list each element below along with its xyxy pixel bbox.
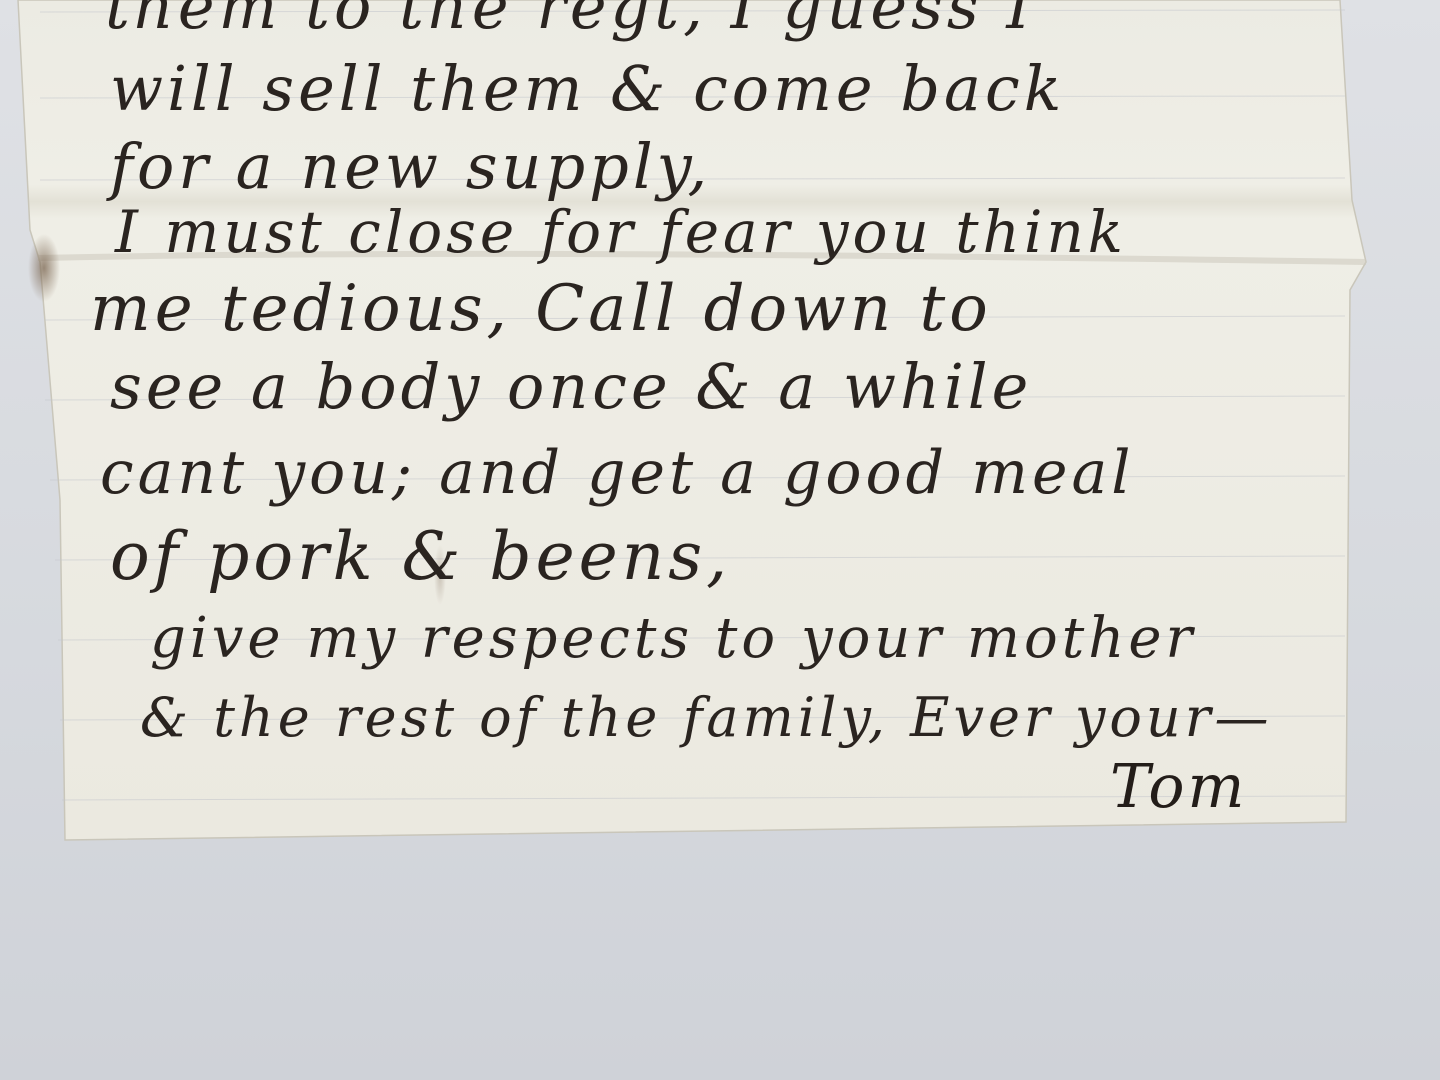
letter-line-2: will sell them & come back [110, 52, 1065, 125]
letter-page: them to the regt, I guess I will sell th… [0, 0, 1440, 1080]
letter-line-10: & the rest of the family, Ever your— [140, 686, 1273, 749]
letter-line-9: give my respects to your mother [150, 606, 1196, 671]
letter-line-6: see a body once & a while [110, 350, 1032, 423]
letter-line-4: I must close for fear you think [115, 198, 1127, 266]
letter-line-3: for a new supply, [110, 130, 711, 203]
letter-line-5: me tedious, Call down to [90, 272, 992, 346]
signature: Tom [1110, 752, 1247, 822]
letter-line-8: of pork & beens, [110, 518, 731, 595]
letter-line-7: cant you; and get a good meal [100, 438, 1135, 508]
letter-line-1: them to the regt, I guess I [105, 0, 1035, 43]
